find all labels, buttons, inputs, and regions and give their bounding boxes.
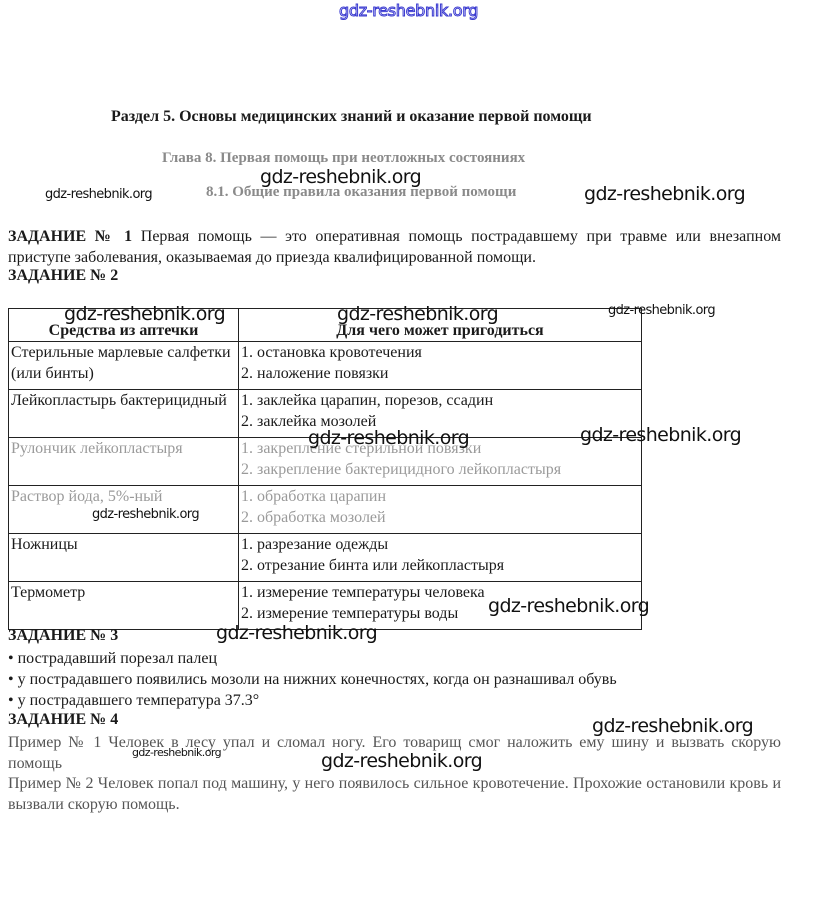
task3-label: ЗАДАНИЕ № 3 [8, 627, 118, 645]
bullet-item: у пострадавшего появились мозоли на нижн… [8, 669, 617, 690]
watermark: gdz-reshebnik.org [308, 427, 469, 449]
usage-item: 1. разрезание одежды [241, 534, 639, 555]
bullet-item: пострадавший порезал палец [8, 648, 617, 669]
task4-example-2: Пример № 2 Человек попал под машину, у н… [8, 773, 781, 815]
watermark: gdz-reshebnik.org [488, 595, 649, 617]
watermark: gdz-reshebnik.org [337, 303, 498, 325]
chapter-title: Глава 8. Первая помощь при неотложных со… [162, 150, 525, 167]
task2-label: ЗАДАНИЕ № 2 [8, 267, 118, 285]
watermark: gdz-reshebnik.org [321, 750, 482, 772]
usage-item: 2. закрепление бактерицидного лейкопласт… [241, 459, 639, 480]
watermark: gdz-reshebnik.org [92, 507, 199, 522]
table-row: Стерильные марлевые салфетки (или бинты)… [9, 342, 642, 390]
watermark: gdz-reshebnik.org [608, 303, 715, 318]
section-title: Раздел 5. Основы медицинских знаний и ок… [111, 108, 592, 126]
top-watermark[interactable]: gdz-reshebnik.org [339, 1, 478, 20]
watermark: gdz-reshebnik.org [592, 715, 753, 737]
kit-item: Стерильные марлевые салфетки (или бинты) [9, 342, 239, 390]
bullet-item: у пострадавшего температура 37.3° [8, 690, 617, 711]
task4-label: ЗАДАНИЕ № 4 [8, 711, 118, 729]
usage-cell: 1. остановка кровотечения 2. наложение п… [239, 342, 642, 390]
task3-bullet-list: пострадавший порезал палец у пострадавше… [8, 648, 617, 711]
watermark: gdz-reshebnik.org [64, 303, 225, 325]
kit-item: Ножницы [9, 534, 239, 582]
task1-label: ЗАДАНИЕ № 1 [8, 228, 132, 245]
usage-cell: 1. разрезание одежды 2. отрезание бинта … [239, 534, 642, 582]
usage-item: 2. наложение повязки [241, 363, 639, 384]
watermark: gdz-reshebnik.org [584, 183, 745, 205]
first-aid-kit-table: Средства из аптечки Для чего может приго… [8, 308, 642, 630]
usage-item: 1. остановка кровотечения [241, 342, 639, 363]
task1-block: ЗАДАНИЕ № 1 Первая помощь — это оператив… [8, 226, 781, 268]
watermark: gdz-reshebnik.org [580, 424, 741, 446]
kit-item: Термометр [9, 582, 239, 630]
watermark: gdz-reshebnik.org [260, 166, 421, 188]
kit-item: Рулончик лейкопластыря [9, 438, 239, 486]
table-row: Ножницы 1. разрезание одежды 2. отрезани… [9, 534, 642, 582]
usage-item: 2. отрезание бинта или лейкопластыря [241, 555, 639, 576]
kit-item: Лейкопластырь бактерицидный [9, 390, 239, 438]
watermark: gdz-reshebnik.org [216, 622, 377, 644]
watermark: gdz-reshebnik.org [45, 187, 152, 202]
watermark: gdz-reshebnik.org [132, 746, 221, 759]
usage-cell: 1. обработка царапин 2. обработка мозоле… [239, 486, 642, 534]
usage-item: 1. обработка царапин [241, 486, 639, 507]
usage-item: 1. заклейка царапин, порезов, ссадин [241, 390, 639, 411]
usage-item: 2. обработка мозолей [241, 507, 639, 528]
